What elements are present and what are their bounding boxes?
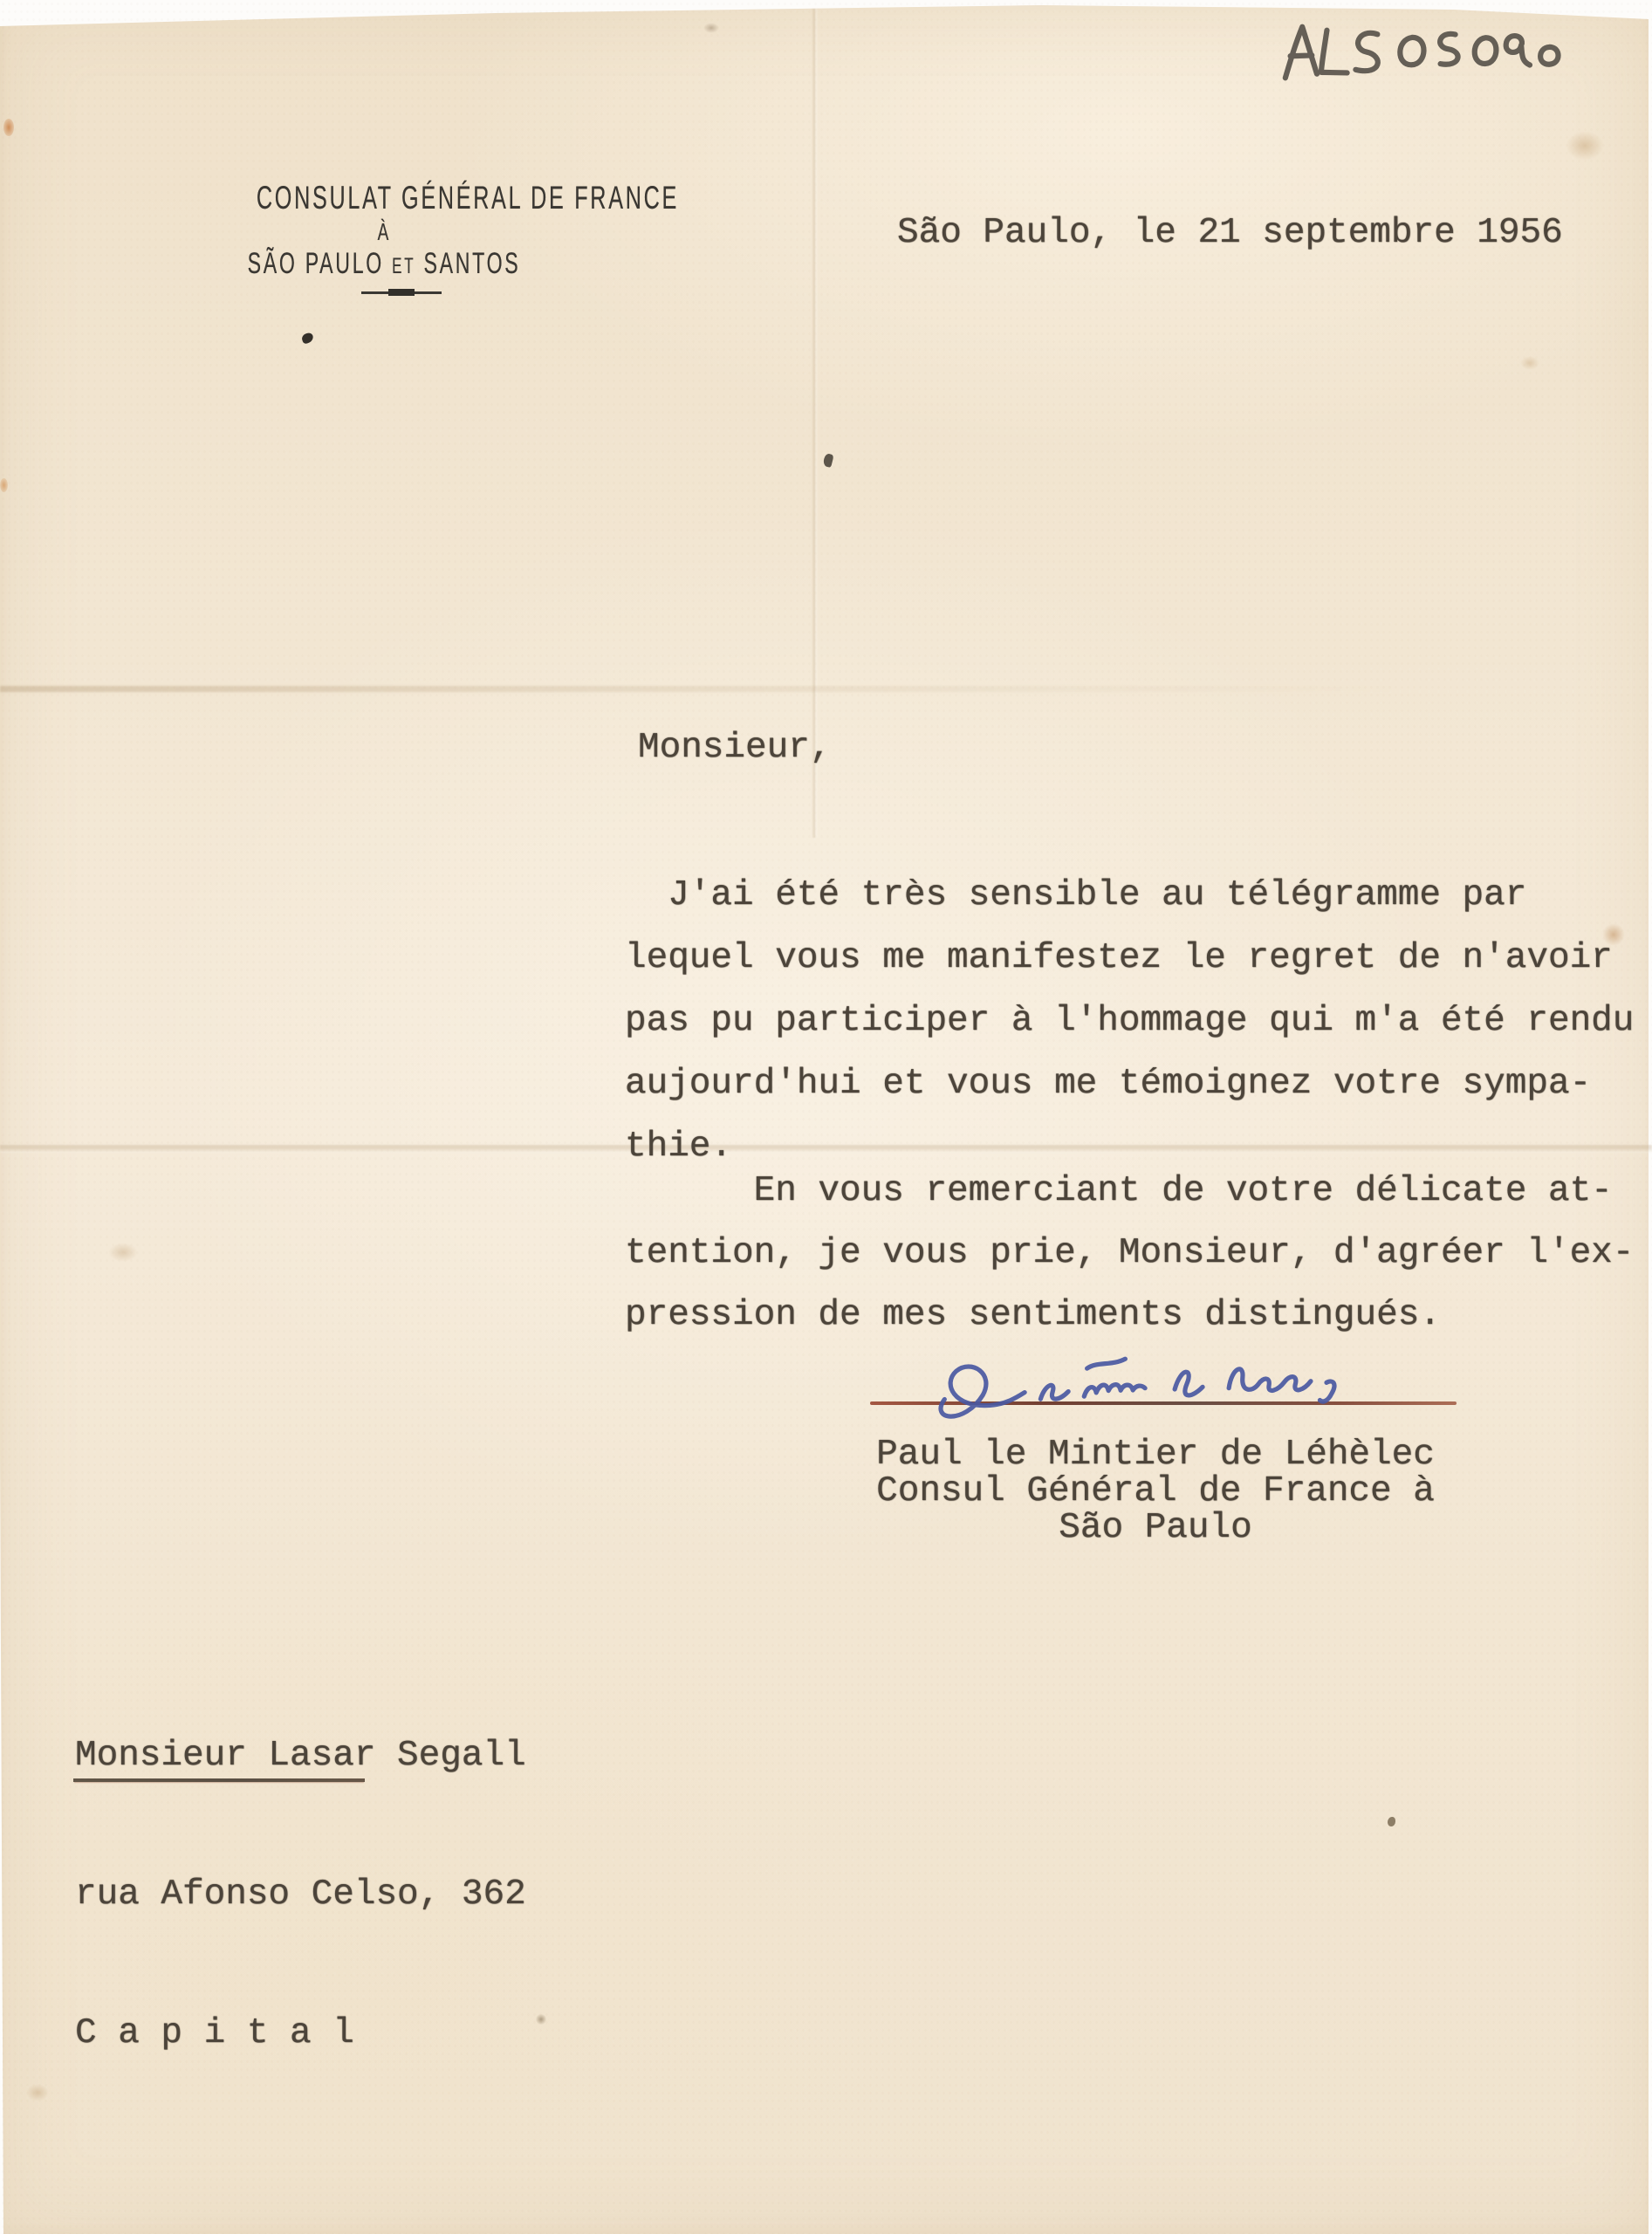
handwritten-archive-code xyxy=(1275,9,1566,94)
typed-line: pression de mes sentiments distingués. xyxy=(625,1285,1634,1347)
letterhead-line-2: À xyxy=(157,218,611,246)
typed-line: tention, je vous prie, Monsieur, d'agrée… xyxy=(625,1223,1634,1285)
body-paragraph-2: En vous remerciant de votre délicate at-… xyxy=(625,1161,1634,1347)
typed-line: En vous remerciant de votre délicate at- xyxy=(625,1161,1634,1223)
signer-place: São Paulo xyxy=(874,1510,1436,1546)
signer-title: Consul Général de France à xyxy=(874,1473,1436,1510)
capital-underline xyxy=(73,1778,365,1782)
letterhead-line-1: CONSULAT GÉNÉRAL DE FRANCE xyxy=(157,180,611,216)
signer-block: Paul le Mintier de Léhèlec Consul Généra… xyxy=(874,1436,1436,1546)
scanned-letter-page: ALS 05090 CONSULAT GÉNÉRAL DE FRANCE À S… xyxy=(0,0,1652,2234)
signature-script-text: Paul le Mintier de Lehel, xyxy=(0,0,1,1)
typed-line: lequel vous me manifestez le regret de n… xyxy=(625,927,1634,990)
typed-line: aujourd'hui et vous me témoignez votre s… xyxy=(625,1052,1634,1115)
body-paragraph-1: J'ai été très sensible au télégramme par… xyxy=(625,864,1634,1178)
handwritten-signature xyxy=(912,1337,1437,1431)
letterhead-divider-ornament xyxy=(361,289,442,297)
recipient-address-block: Monsieur Lasar Segall rua Afonso Celso, … xyxy=(75,1641,526,2149)
typed-line: pas pu participer à l'hommage qui m'a ét… xyxy=(625,990,1634,1052)
date-line: São Paulo, le 21 septembre 1956 xyxy=(897,213,1563,253)
archive-code-text: ALS 05090 xyxy=(0,0,1,1)
recipient-street: rua Afonso Celso, 362 xyxy=(75,1872,526,1918)
letterhead-line-3: SÃO PAULO ET SANTOS xyxy=(157,247,611,281)
salutation: Monsieur, xyxy=(638,728,831,768)
recipient-city: C a p i t a l xyxy=(75,2011,526,2057)
signer-name: Paul le Mintier de Léhèlec xyxy=(874,1436,1436,1473)
typed-line: J'ai été très sensible au télégramme par xyxy=(625,864,1634,927)
recipient-name: Monsieur Lasar Segall xyxy=(75,1733,526,1779)
